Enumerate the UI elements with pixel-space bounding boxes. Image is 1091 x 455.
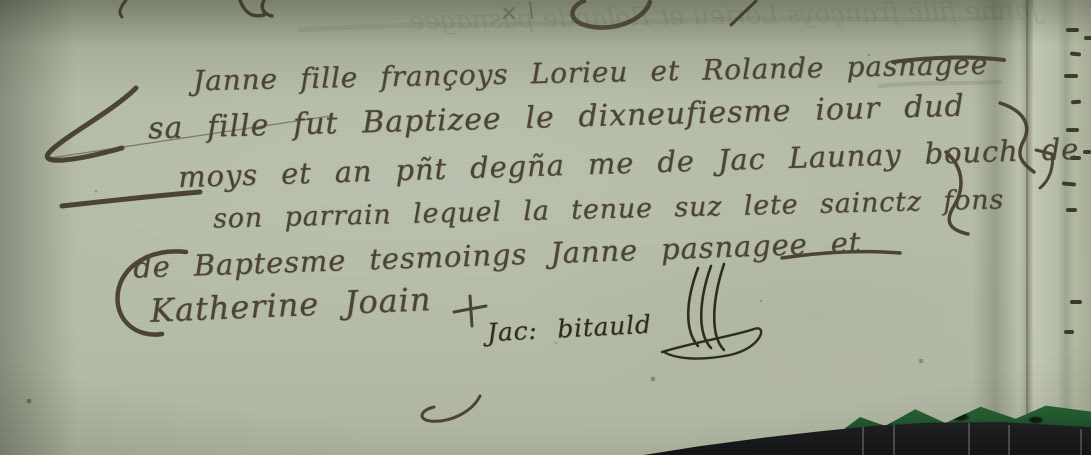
bleedthrough-ghost-text: Janne fille françoys Lorieu et Rolande p…	[300, 0, 1040, 38]
handwriting-line-4: son parrain lequel la tenue suz lete sai…	[213, 184, 1005, 234]
handwriting-line-2: sa fille fut Baptizee le dixneufiesme io…	[148, 89, 965, 147]
handwriting-layer: Janne fille françoys Lorieu et Rolande p…	[0, 0, 1091, 455]
signature-jac-bitauld: Jac: bitauld	[486, 310, 652, 348]
manuscript-photo: Janne fille françoys Lorieu et Rolande p…	[0, 0, 1091, 455]
handwriting-line-1: Janne fille françoys Lorieu et Rolande p…	[193, 48, 989, 98]
handwriting-line-5: de Baptesme tesmoings Janne pasnagee et	[133, 225, 862, 284]
paper-speckles	[0, 0, 2, 2]
handwriting-line-6: Katherine Joain	[149, 280, 432, 330]
